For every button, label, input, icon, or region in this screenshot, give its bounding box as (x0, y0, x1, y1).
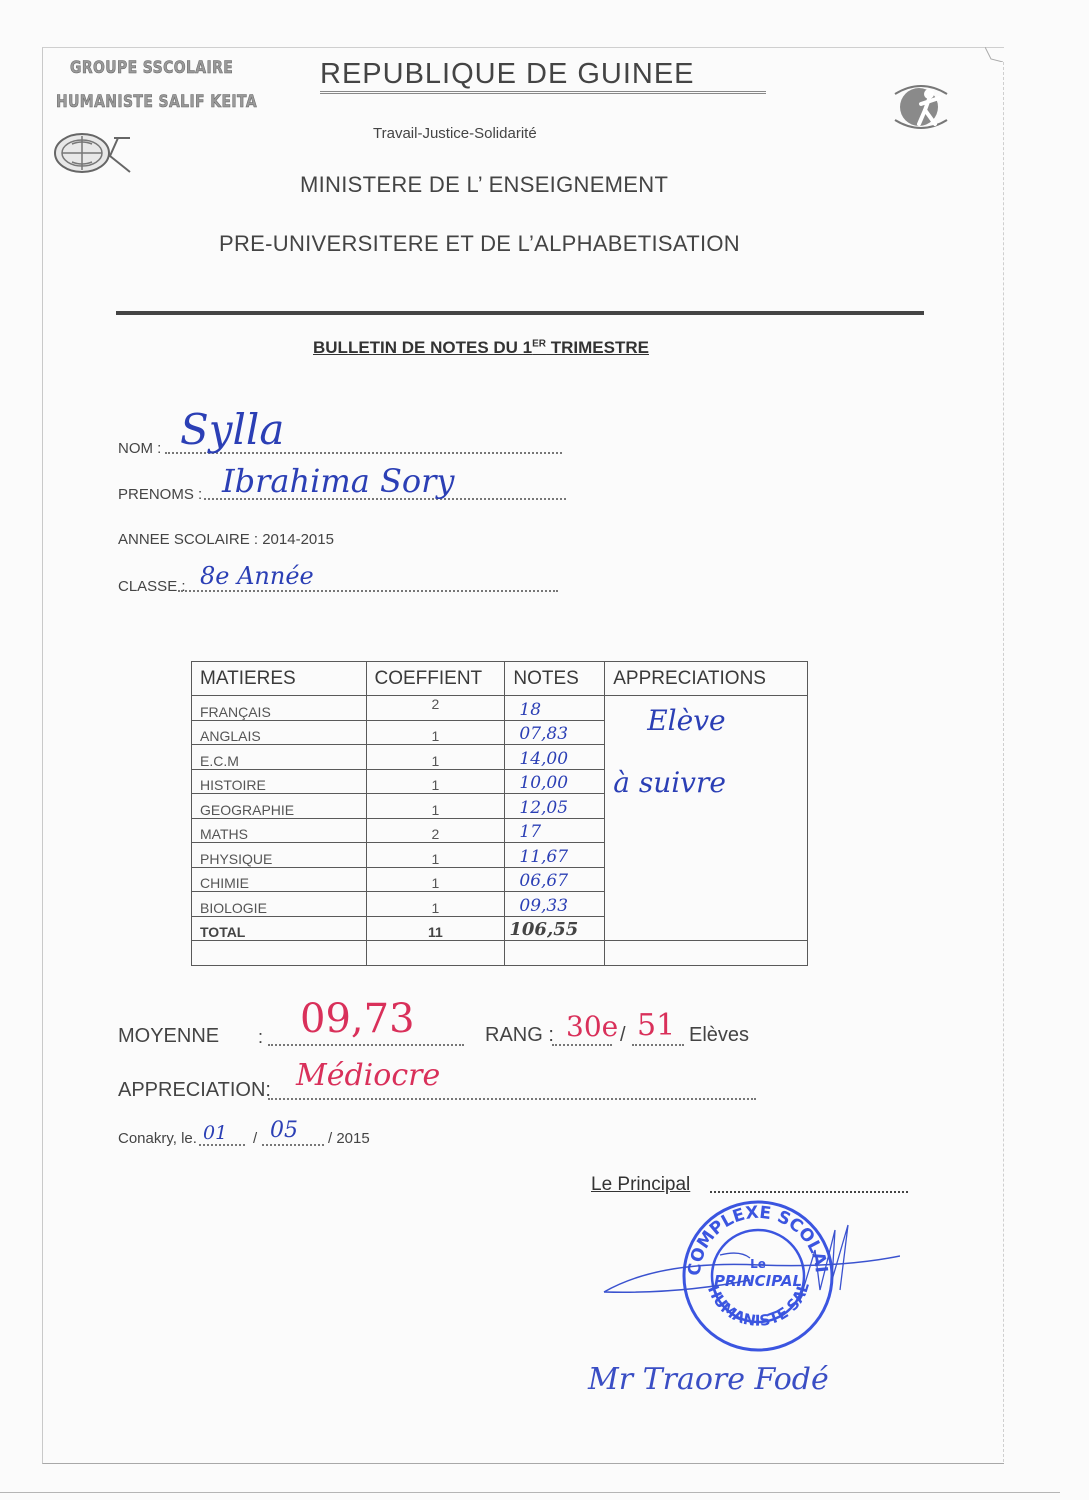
appreciation-value: Médiocre (296, 1058, 440, 1093)
nom-label: NOM : (118, 440, 161, 457)
date-month-dotted-line (262, 1144, 324, 1146)
rang-dotted-line (552, 1044, 612, 1046)
appreciation-line-2: à suivre (613, 766, 726, 799)
eleves-label: Elèves (689, 1024, 749, 1047)
total-students-value: 51 (637, 1008, 675, 1043)
gshsk-globe-logo-icon (52, 130, 138, 176)
classe-value: 8e Année (200, 562, 314, 590)
bulletin-title-suffix: TRIMESTRE (546, 338, 649, 357)
subject-cell: ANGLAIS (192, 720, 367, 745)
date-day: 01 (203, 1122, 227, 1144)
table-row: FRANÇAIS 2 18 Elève à suivre (192, 696, 808, 721)
rang-label: RANG : (485, 1024, 554, 1047)
appreciation-cell: Elève à suivre (605, 696, 808, 941)
principal-dotted-line (710, 1191, 908, 1193)
school-name-line1: GROUPE SSCOLAIRE (70, 58, 233, 78)
total-coef: 11 (366, 916, 505, 941)
empty-cell (605, 941, 808, 966)
classe-dotted-line (178, 590, 558, 592)
header-appreciations: APPRECIATIONS (605, 662, 808, 696)
header-matieres: MATIERES (192, 662, 367, 696)
empty-cell (505, 941, 605, 966)
note-cell: 09,33 (505, 892, 605, 917)
empty-cell (366, 941, 505, 966)
nom-value: Sylla (180, 405, 284, 454)
country-title: REPUBLIQUE DE GUINEE (320, 58, 766, 94)
moyenne-value: 09,73 (300, 996, 415, 1042)
folded-corner (985, 47, 1003, 62)
subject-cell: GEOGRAPHIE (192, 794, 367, 819)
bulletin-title: BULLETIN DE NOTES DU 1ER TRIMESTRE (313, 338, 649, 358)
note-cell: 11,67 (505, 843, 605, 868)
coef-cell: 1 (366, 867, 505, 892)
note-cell: 07,83 (505, 720, 605, 745)
subject-cell: E.C.M (192, 745, 367, 770)
principal-label: Le Principal (591, 1174, 690, 1196)
rang-separator: / (620, 1024, 626, 1047)
header-divider (116, 311, 924, 315)
header-coefficient: COEFFIENT (366, 662, 505, 696)
coef-cell: 1 (366, 843, 505, 868)
rang-value: 30e (566, 1010, 618, 1043)
total-students-dotted-line (632, 1044, 684, 1046)
subject-cell: MATHS (192, 818, 367, 843)
note-cell: 12,05 (505, 794, 605, 819)
annee-scolaire: ANNEE SCOLAIRE : 2014-2015 (118, 531, 334, 548)
appreciation-line-1: Elève (647, 704, 725, 737)
note-cell: 14,00 (505, 745, 605, 770)
total-note: 106,55 (505, 916, 605, 941)
subject-cell: HISTOIRE (192, 769, 367, 794)
subject-cell: CHIMIE (192, 867, 367, 892)
page-border-right (1003, 62, 1004, 1462)
header-notes: NOTES (505, 662, 605, 696)
date-month: 05 (270, 1118, 298, 1143)
coef-cell: 1 (366, 794, 505, 819)
subject-cell: FRANÇAIS (192, 696, 367, 721)
empty-cell (192, 941, 367, 966)
empty-row (192, 941, 808, 966)
total-label: TOTAL (192, 916, 367, 941)
scan-edge (0, 1492, 1060, 1493)
bulletin-title-sup: ER (532, 338, 546, 349)
date-prefix: Conakry, le. (118, 1130, 197, 1147)
coef-cell: 1 (366, 720, 505, 745)
coef-cell: 1 (366, 892, 505, 917)
school-name-line2: HUMANISTE SALIF KEITA (56, 92, 257, 112)
principal-name: Mr Traore Fodé (588, 1362, 829, 1397)
appreciation-label: APPRECIATION: (118, 1079, 271, 1102)
note-cell: 10,00 (505, 769, 605, 794)
appreciation-dotted-line (268, 1098, 756, 1100)
note-cell: 17 (505, 818, 605, 843)
bulletin-title-prefix: BULLETIN DE NOTES DU 1 (313, 338, 532, 357)
national-motto: Travail-Justice-Solidarité (373, 125, 537, 142)
coef-cell: 1 (366, 769, 505, 794)
ministry-line-2: PRE-UNIVERSITERE ET DE L’ALPHABETISATION (219, 231, 740, 257)
note-cell: 06,67 (505, 867, 605, 892)
date-year: / 2015 (328, 1130, 370, 1147)
note-cell: 18 (505, 696, 605, 721)
subject-cell: PHYSIQUE (192, 843, 367, 868)
globe-with-figure-emblem-icon (885, 80, 957, 132)
grades-table: MATIERES COEFFIENT NOTES APPRECIATIONS F… (191, 661, 808, 966)
ministry-line-1: MINISTERE DE L’ ENSEIGNEMENT (300, 172, 668, 198)
coef-cell: 2 (366, 696, 505, 721)
date-separator-1: / (253, 1130, 257, 1147)
date-day-dotted-line (199, 1144, 245, 1146)
moyenne-label: MOYENNE (118, 1025, 219, 1048)
moyenne-separator: : (258, 1027, 263, 1048)
coef-cell: 2 (366, 818, 505, 843)
principal-signature-scribble (600, 1220, 900, 1320)
coef-cell: 1 (366, 745, 505, 770)
prenoms-label: PRENOMS : (118, 486, 202, 503)
classe-label: CLASSE : (118, 578, 186, 595)
prenoms-value: Ibrahima Sory (222, 462, 455, 500)
table-header-row: MATIERES COEFFIENT NOTES APPRECIATIONS (192, 662, 808, 696)
moyenne-dotted-line (268, 1044, 464, 1046)
subject-cell: BIOLOGIE (192, 892, 367, 917)
